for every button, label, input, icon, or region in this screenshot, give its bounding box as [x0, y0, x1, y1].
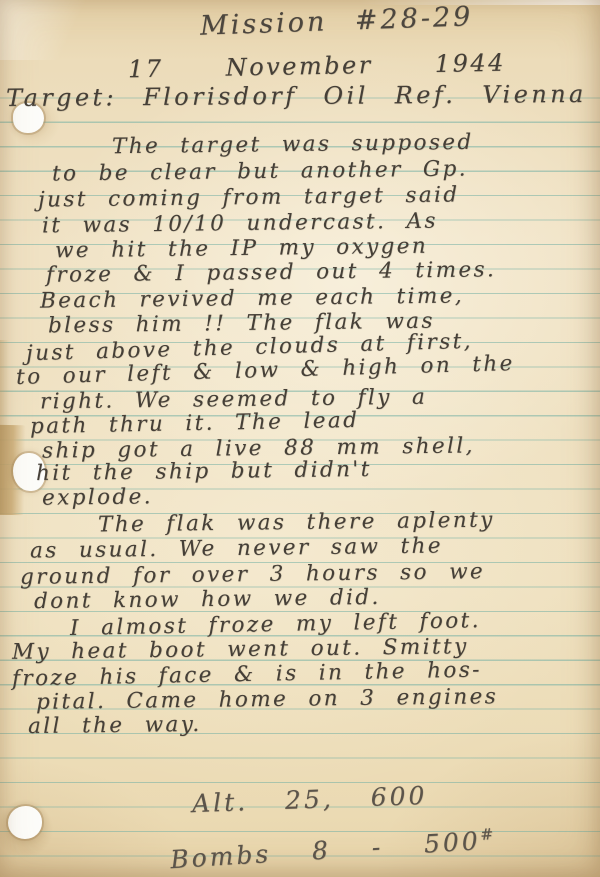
punch-hole: [8, 806, 42, 839]
handwritten-line: all the way.: [28, 712, 202, 739]
notebook-page: Mission #28-29 17 November 1944 Target: …: [0, 0, 600, 877]
page-corner-highlight: [0, 0, 130, 60]
tape-stain-faint: [0, 340, 9, 430]
bombs-pound-mark: #: [480, 825, 494, 844]
handwritten-line: The target was supposed: [112, 130, 474, 159]
mission-number-line: Mission #28-29: [200, 1, 474, 42]
handwritten-line: just coming from target said: [38, 182, 460, 212]
handwritten-line: explode.: [42, 484, 153, 510]
scanned-diary-page: Mission #28-29 17 November 1944 Target: …: [0, 0, 600, 877]
handwritten-line: to be clear but another Gp.: [52, 156, 468, 186]
handwritten-line: as usual. We never saw the: [30, 533, 443, 563]
handwritten-line: dont know how we did.: [34, 585, 381, 614]
handwritten-line: hit the ship but didn't: [36, 457, 372, 486]
target-line: Target: Florisdorf Oil Ref. Vienna: [6, 80, 587, 112]
